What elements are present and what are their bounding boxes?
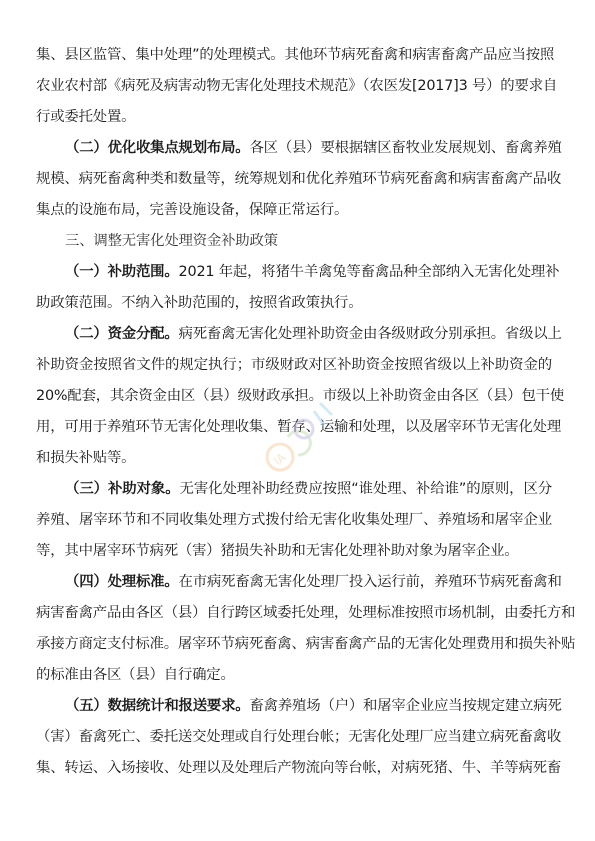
document-page: 集、县区监管、集中处理”的处理模式。其他环节病死畜禽和病害畜禽产品应当按照 农业… (36, 40, 552, 784)
text-line: 病害畜禽产品由各区（县）自行跨区域委托处理，处理标准按照市场机制，由委托方和 (36, 598, 552, 629)
text-line: 承接方商定支付标准。屠宰环节病死畜禽、病害畜禽产品的无害化处理费用和损失补贴 (36, 629, 552, 660)
text-run: 在市病死畜禽无害化处理厂投入运行前，养殖环节病死畜禽和 (179, 574, 562, 590)
section-lead: （五）数据统计和报送要求。 (65, 698, 249, 714)
text-line: 养殖、屠宰环节和不同收集处理方式拨付给无害化收集处理厂、养殖场和屠宰企业 (36, 505, 552, 536)
text-line: 20%配套，其余资金由区（县）级财政承担。市级以上补助资金由各区（县）包干使 (36, 381, 552, 412)
text-run: 畜禽养殖场（户）和屠宰企业应当按规定建立病死 (249, 698, 561, 714)
text-line: 助政策范围。不纳入补助范围的，按照省政策执行。 (36, 288, 552, 319)
section-lead: （三）补助对象。 (65, 481, 180, 497)
paragraph-first-line: （二）资金分配。病死畜禽无害化处理补助资金由各级财政分别承担。省级以上 (36, 319, 552, 350)
text-run: 病死畜禽无害化处理补助资金由各级财政分别承担。省级以上 (179, 326, 562, 342)
text-line: 规模、病死畜禽种类和数量等，统筹规划和优化养殖环节病死畜禽和病害畜禽产品收 (36, 164, 552, 195)
text-line: 和损失补贴等。 (36, 443, 552, 474)
text-line: 行或委托处置。 (36, 102, 552, 133)
section-heading: 三、调整无害化处理资金补助政策 (36, 226, 552, 257)
section-lead: （二）优化收集点规划布局。 (65, 140, 249, 156)
paragraph-first-line: （一）补助范围。2021 年起，将猪牛羊禽兔等畜禽品种全部纳入无害化处理补 (36, 257, 552, 288)
text-line: 补助资金按照省文件的规定执行；市级财政对区补助资金按照省级以上补助资金的 (36, 350, 552, 381)
section-lead: （二）资金分配。 (65, 326, 179, 342)
text-run: 各区（县）要根据辖区畜牧业发展规划、畜禽养殖 (249, 140, 561, 156)
paragraph-first-line: （三）补助对象。无害化处理补助经费应按照“谁处理、补给谁”的原则，区分 (36, 474, 552, 505)
section-lead: （一）补助范围。 (65, 264, 179, 280)
text-line: 农业农村部《病死及病害动物无害化处理技术规范》（农医发[2017]3 号）的要求… (36, 71, 552, 102)
section-lead: （四）处理标准。 (65, 574, 179, 590)
text-line: 的标准由各区（县）自行确定。 (36, 660, 552, 691)
paragraph-first-line: （五）数据统计和报送要求。畜禽养殖场（户）和屠宰企业应当按规定建立病死 (36, 691, 552, 722)
text-line: 集、县区监管、集中处理”的处理模式。其他环节病死畜禽和病害畜禽产品应当按照 (36, 40, 552, 71)
text-line: 集、转运、入场接收、处理以及处理后产物流向等台帐，对病死猪、牛、羊等病死畜 (36, 753, 552, 784)
text-run: 无害化处理补助经费应按照“谁处理、补给谁”的原则，区分 (180, 481, 552, 497)
text-line: 用，可用于养殖环节无害化处理收集、暂存、运输和处理，以及屠宰环节无害化处理 (36, 412, 552, 443)
text-run: 2021 年起，将猪牛羊禽兔等畜禽品种全部纳入无害化处理补 (179, 264, 560, 280)
paragraph-first-line: （二）优化收集点规划布局。各区（县）要根据辖区畜牧业发展规划、畜禽养殖 (36, 133, 552, 164)
text-line: 集点的设施布局，完善设施设备，保障正常运行。 (36, 195, 552, 226)
paragraph-first-line: （四）处理标准。在市病死畜禽无害化处理厂投入运行前，养殖环节病死畜禽和 (36, 567, 552, 598)
text-line: 等，其中屠宰环节病死（害）猪损失补助和无害化处理补助对象为屠宰企业。 (36, 536, 552, 567)
text-line: （害）畜禽死亡、委托送交处理或自行处理台帐；无害化处理厂应当建立病死畜禽收 (36, 722, 552, 753)
